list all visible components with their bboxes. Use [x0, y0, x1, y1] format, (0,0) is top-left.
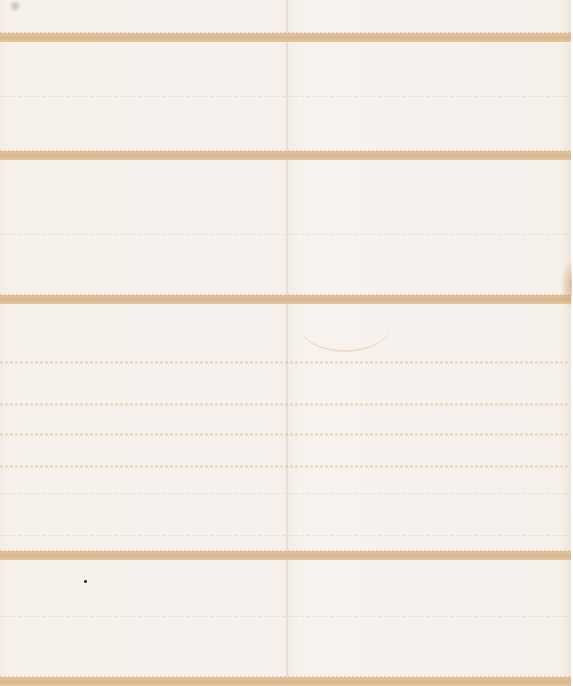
center-seam [286, 0, 288, 686]
corner-mark [8, 0, 22, 12]
dark-speck [84, 580, 87, 583]
edge-stain [560, 260, 572, 310]
water-stain [300, 300, 390, 352]
rug-photo [0, 0, 573, 686]
